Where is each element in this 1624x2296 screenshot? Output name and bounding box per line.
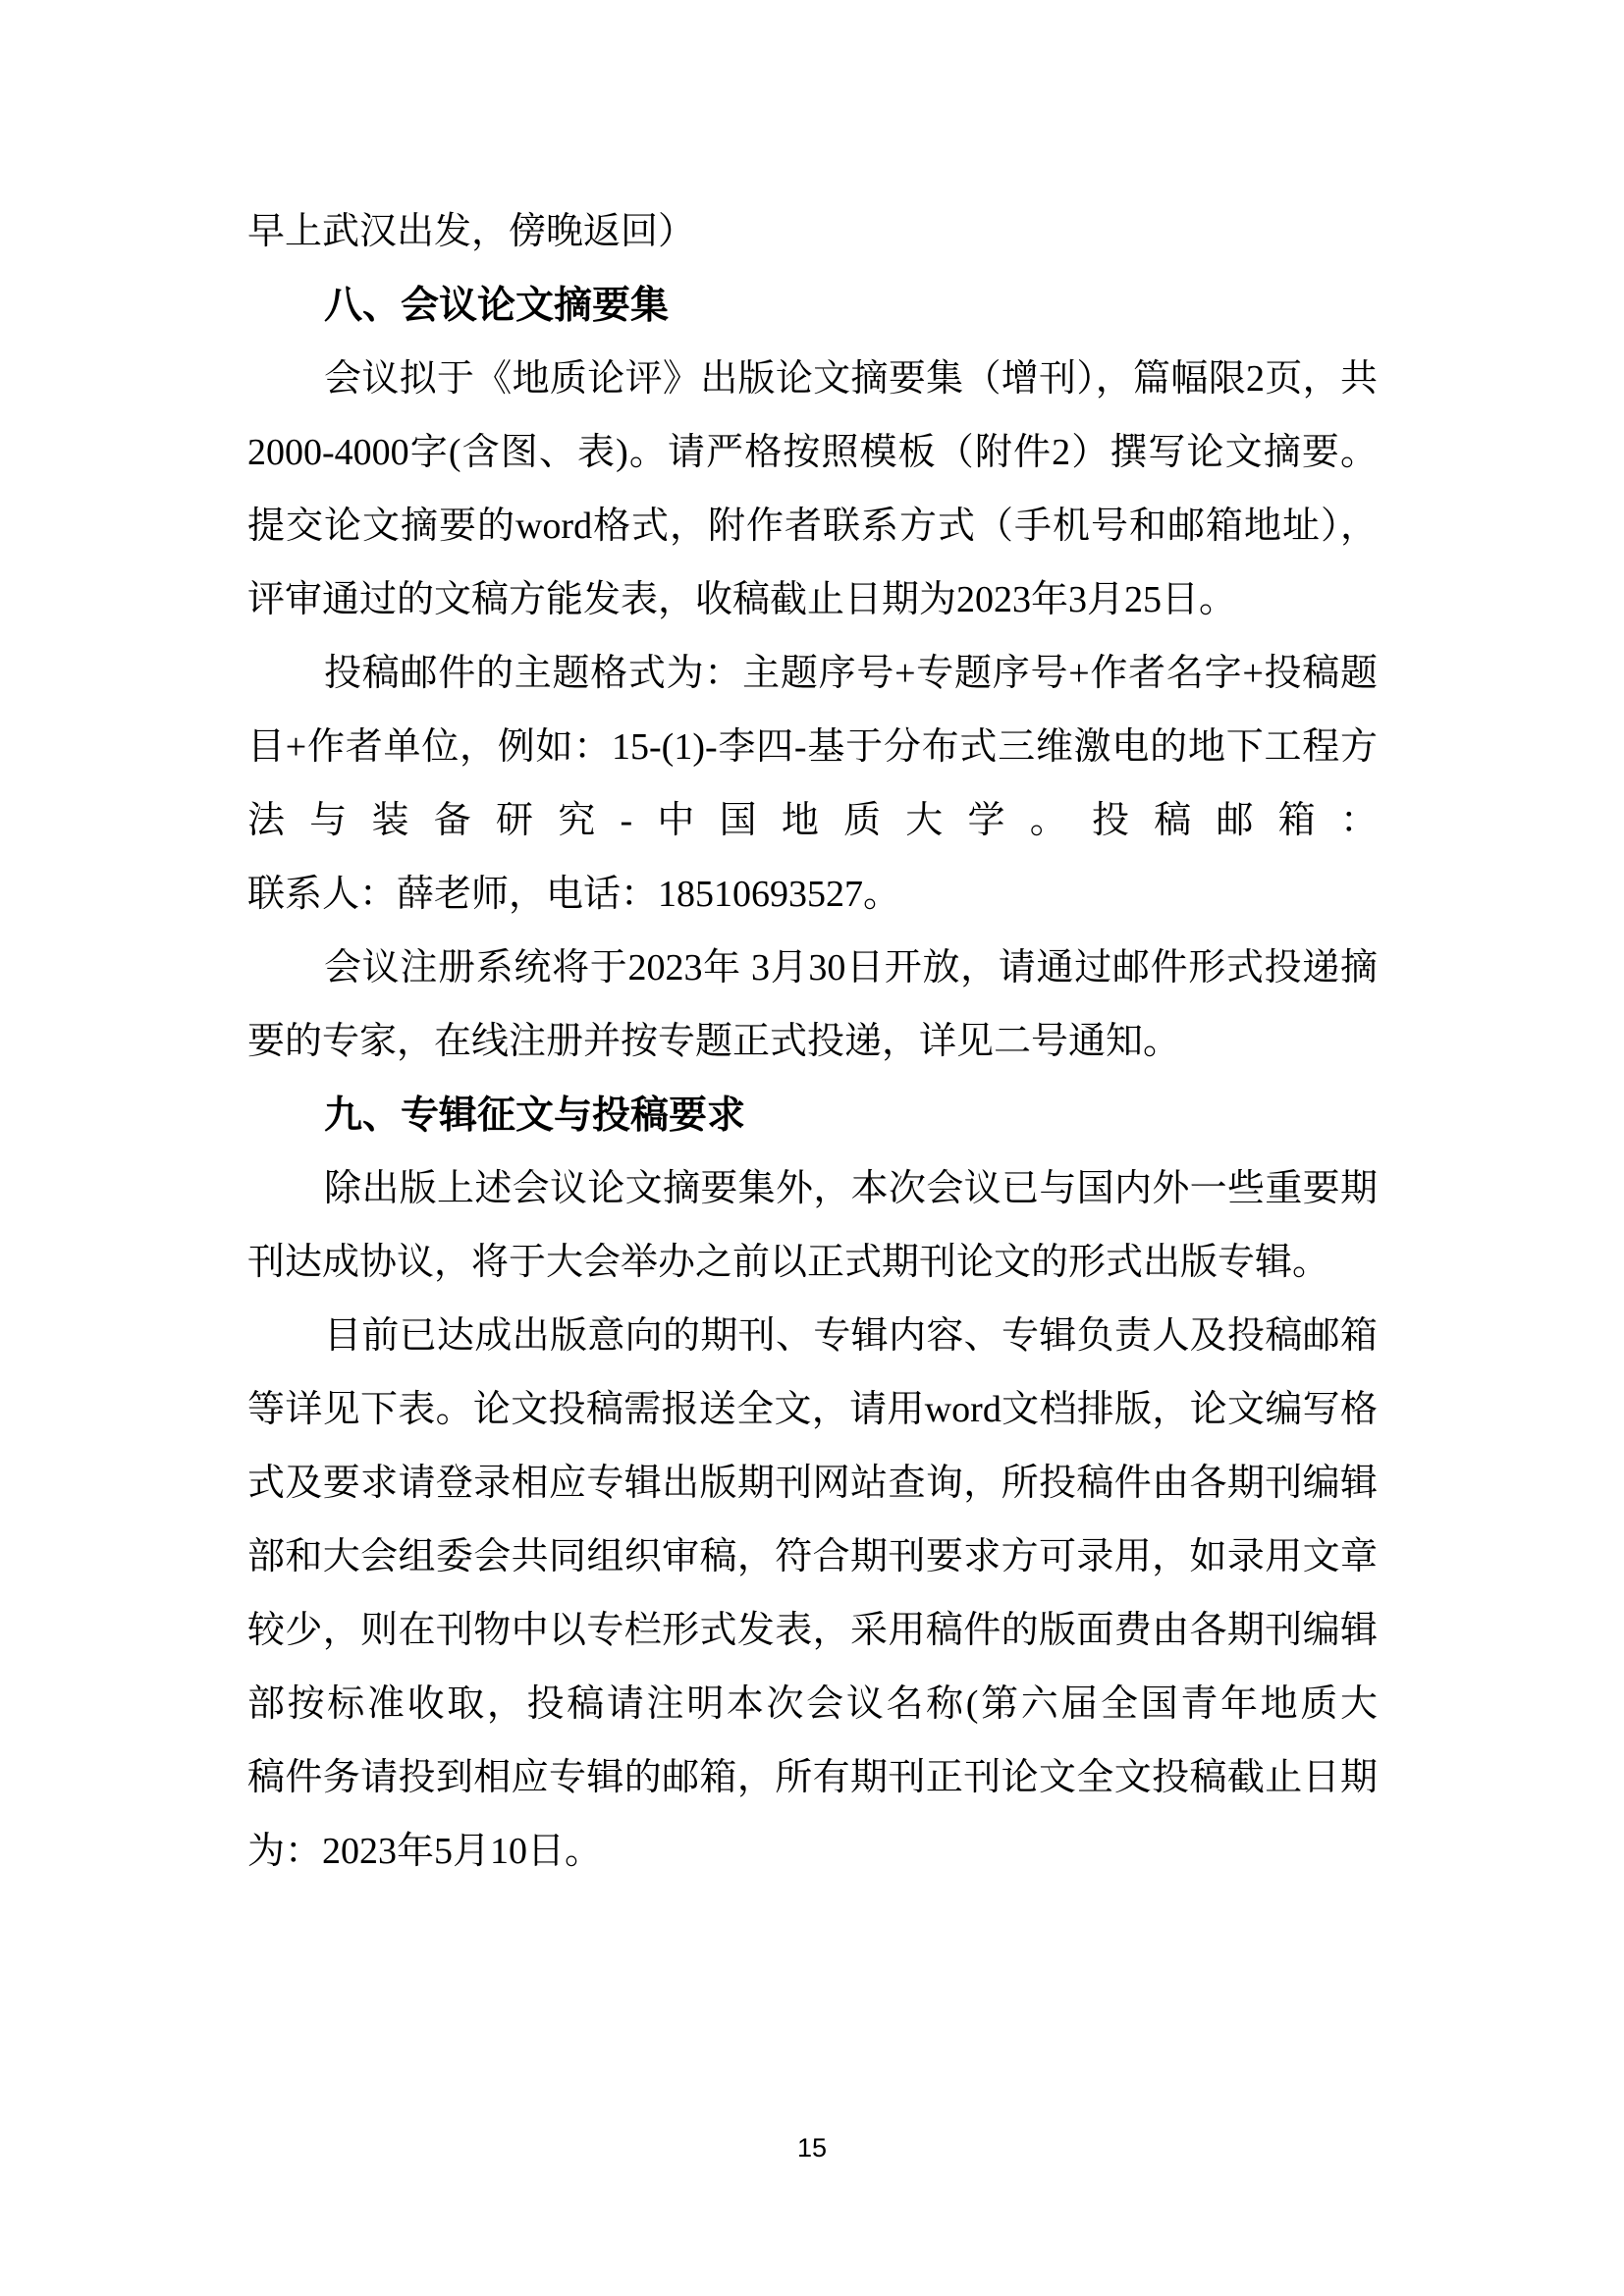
section-heading: 八、会议论文摘要集 — [247, 269, 1378, 343]
body-text-line: 法与装备研究-中国地质大学。投稿邮箱：youth2023abstract@126… — [247, 784, 1378, 858]
page-number: 15 — [0, 2128, 1624, 2167]
body-text-line: 部和大会组委会共同组织审稿，符合期刊要求方可录用，如录用文章 — [247, 1521, 1378, 1594]
body-text-line: 目+作者单位，例如：15-(1)-李四-基于分布式三维激电的地下工程方 — [247, 711, 1378, 784]
body-text-line: 为：2023年5月10日。 — [247, 1815, 1378, 1889]
document-page: 早上武汉出发，傍晚返回）八、会议论文摘要集会议拟于《地质论评》出版论文摘要集（增… — [0, 0, 1624, 2296]
body-text-line: 要的专家，在线注册并按专题正式投递，详见二号通知。 — [247, 1005, 1378, 1079]
body-text-line: 提交论文摘要的word格式，附作者联系方式（手机号和邮箱地址）， — [247, 490, 1378, 563]
body-text-line: 会议注册系统将于2023年 3月30日开放，请通过邮件形式投递摘 — [247, 932, 1378, 1005]
body-text-line: 会议拟于《地质论评》出版论文摘要集（增刊），篇幅限2页，共 — [247, 343, 1378, 416]
body-text-line: 部按标准收取，投稿请注明本次会议名称(第六届全国青年地质大会)。 — [247, 1668, 1378, 1741]
body-text-line: 刊达成协议，将于大会举办之前以正式期刊论文的形式出版专辑。 — [247, 1226, 1378, 1300]
body-text-line: 除出版上述会议论文摘要集外，本次会议已与国内外一些重要期 — [247, 1152, 1378, 1226]
body-text-line: 等详见下表。论文投稿需报送全文，请用word文档排版，论文编写格 — [247, 1373, 1378, 1447]
body-text-line: 早上武汉出发，傍晚返回） — [247, 195, 1378, 269]
document-body: 早上武汉出发，傍晚返回）八、会议论文摘要集会议拟于《地质论评》出版论文摘要集（增… — [247, 195, 1378, 1889]
section-heading: 九、专辑征文与投稿要求 — [247, 1079, 1378, 1152]
body-text-line: 投稿邮件的主题格式为：主题序号+专题序号+作者名字+投稿题 — [247, 637, 1378, 711]
body-text-line: 式及要求请登录相应专辑出版期刊网站查询，所投稿件由各期刊编辑 — [247, 1447, 1378, 1521]
body-text-line: 目前已达成出版意向的期刊、专辑内容、专辑负责人及投稿邮箱 — [247, 1300, 1378, 1373]
body-text-line: 评审通过的文稿方能发表，收稿截止日期为2023年3月25日。 — [247, 563, 1378, 637]
body-text-line: 联系人：薛老师，电话：18510693527。 — [247, 858, 1378, 932]
body-text-line: 较少，则在刊物中以专栏形式发表，采用稿件的版面费由各期刊编辑 — [247, 1594, 1378, 1668]
body-text-line: 稿件务请投到相应专辑的邮箱，所有期刊正刊论文全文投稿截止日期 — [247, 1741, 1378, 1815]
body-text-line: 2000-4000字(含图、表)。请严格按照模板（附件2）撰写论文摘要。 — [247, 416, 1378, 490]
